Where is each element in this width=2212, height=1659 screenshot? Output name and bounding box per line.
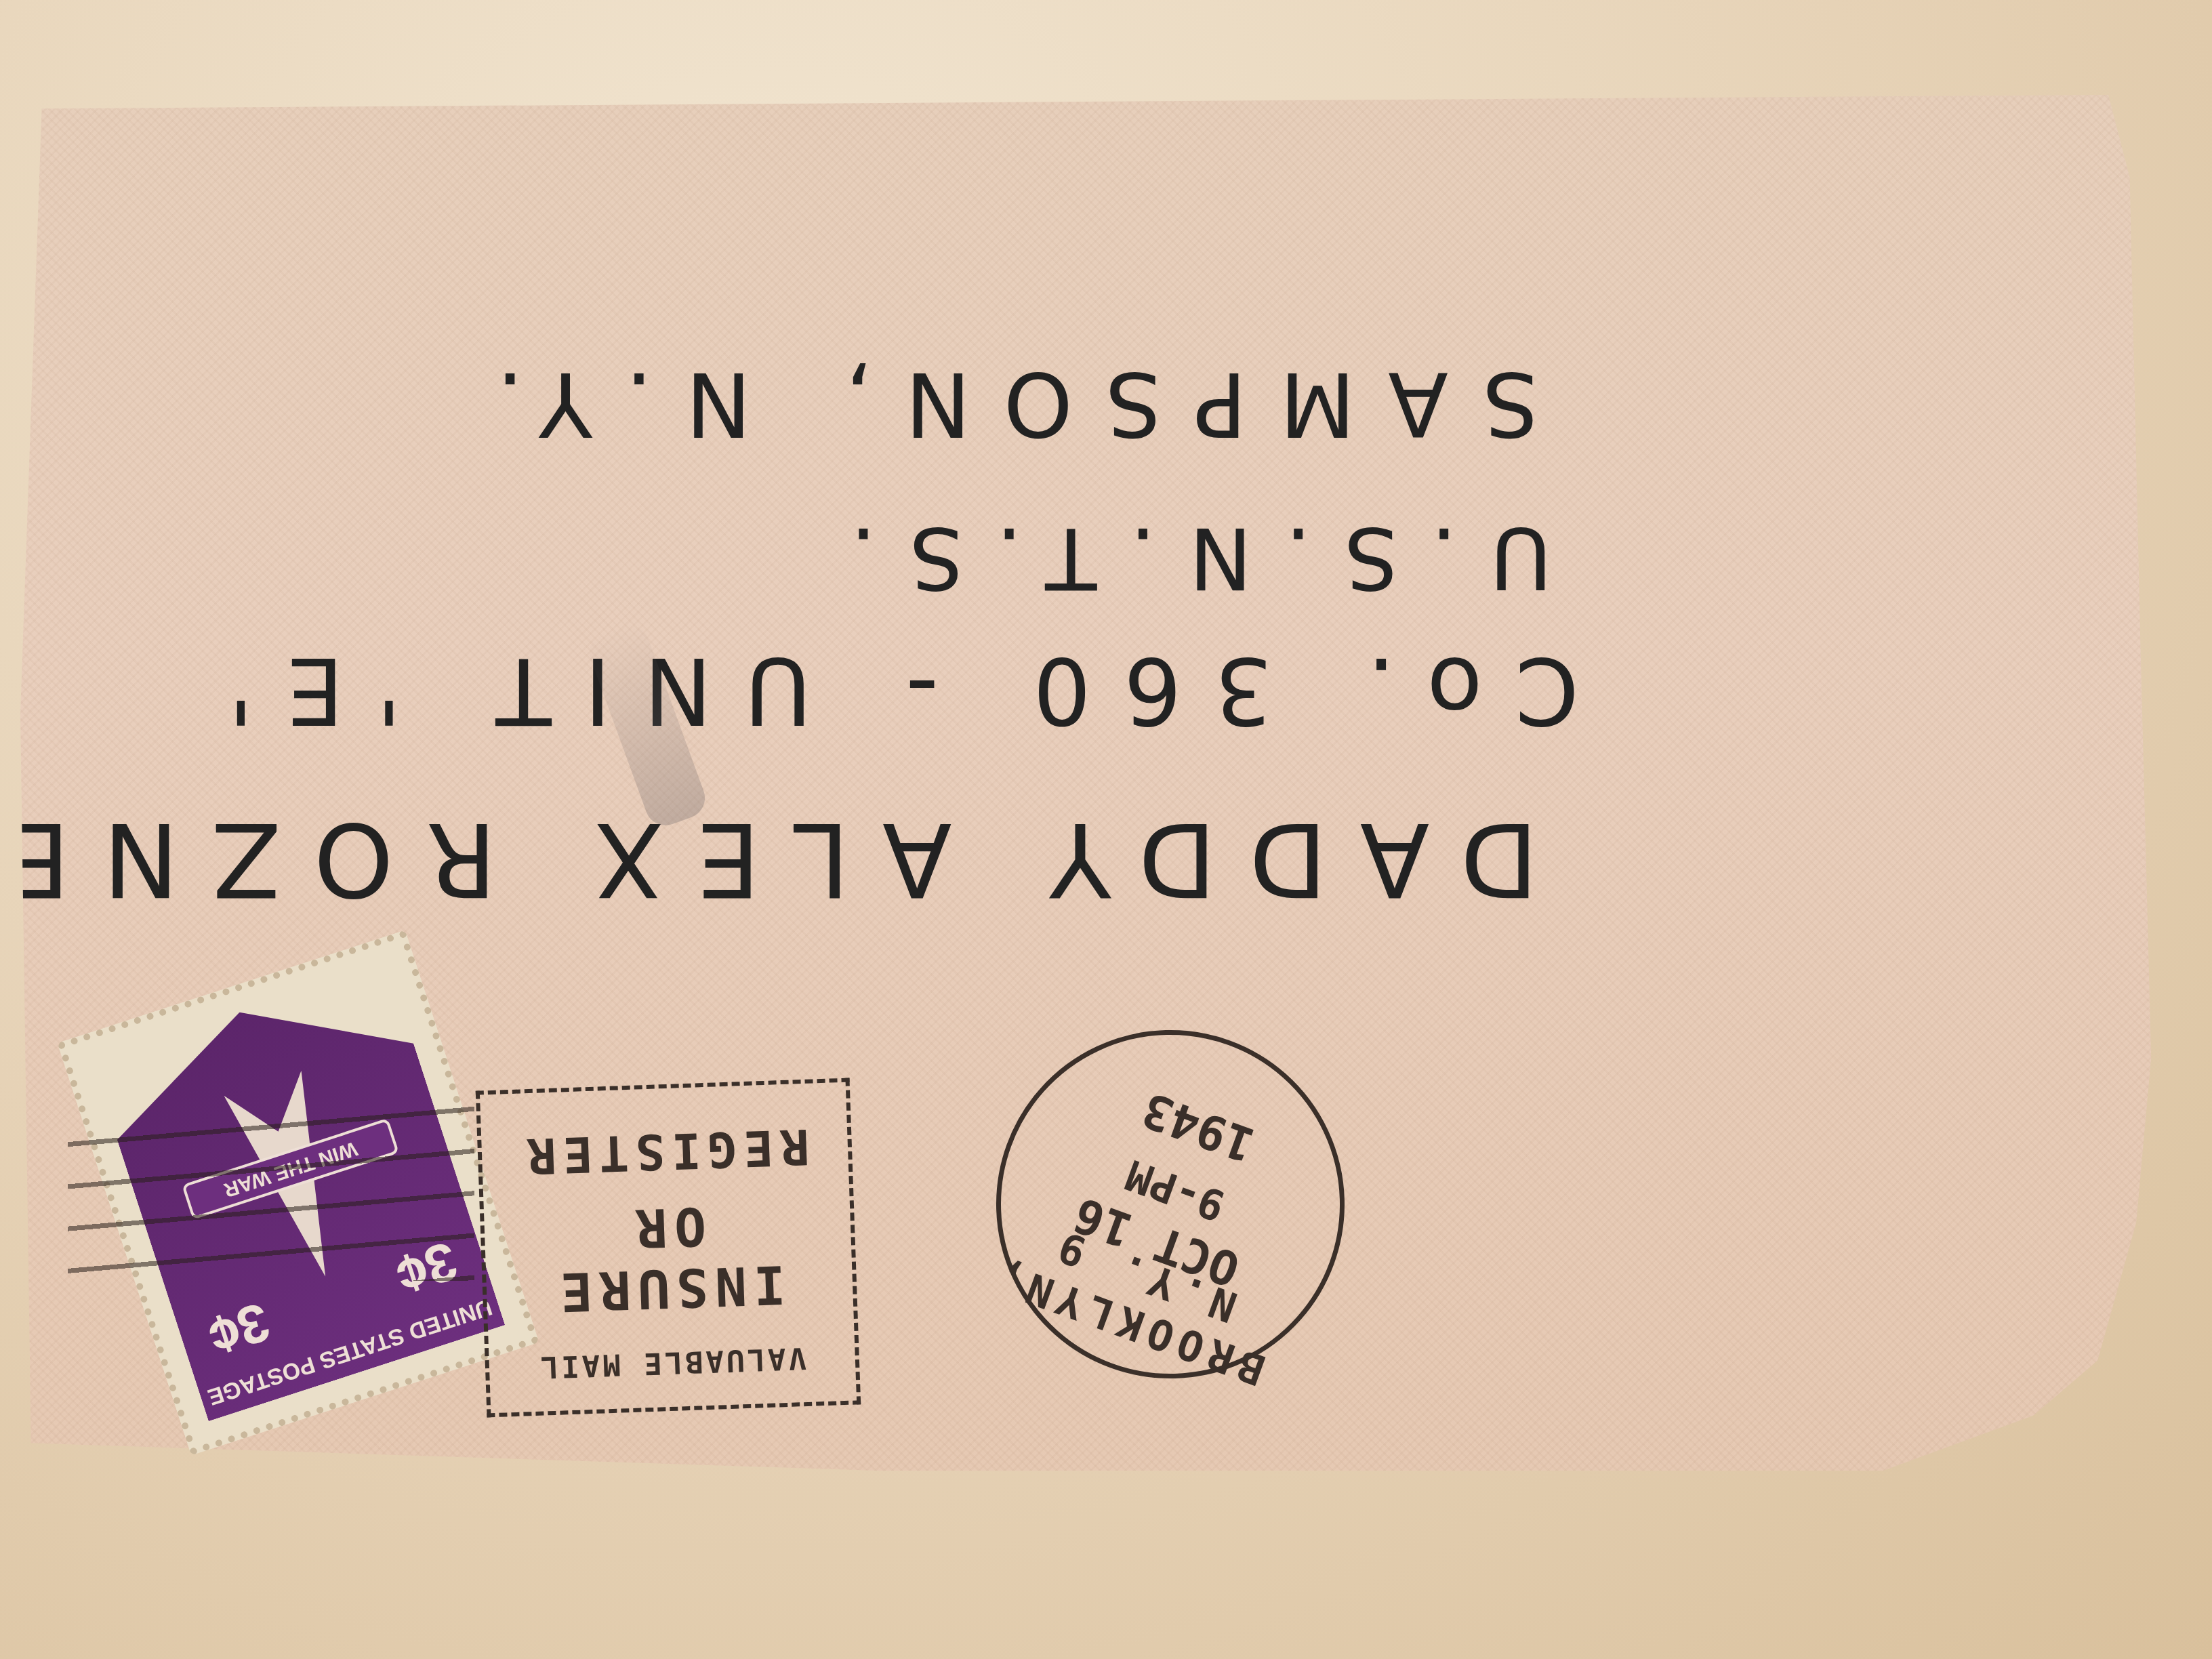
address-station: U.S.N.T.S. <box>942 508 1552 607</box>
stamp-value-right: 3¢ <box>201 1290 277 1368</box>
cancellation-slogan-box: VALUABLE MAIL INSURE OR REGISTER <box>476 1078 861 1418</box>
cancellation-or: OR <box>484 1190 852 1264</box>
photo-scene: DADDY ALEX ROZNER, A.S. Co. 360 - UNIT '… <box>0 0 2212 1659</box>
cancellation-insure: INSURE <box>486 1251 854 1325</box>
cancellation-register: REGISTER <box>481 1117 849 1187</box>
cancellation-bars <box>68 1105 474 1281</box>
address-city-state: SAMPSON, N.Y. <box>576 352 1538 455</box>
cancellation-slogan: VALUABLE MAIL <box>489 1338 855 1386</box>
address-recipient-name: DADDY ALEX ROZNER, A.S. <box>20 800 1538 918</box>
